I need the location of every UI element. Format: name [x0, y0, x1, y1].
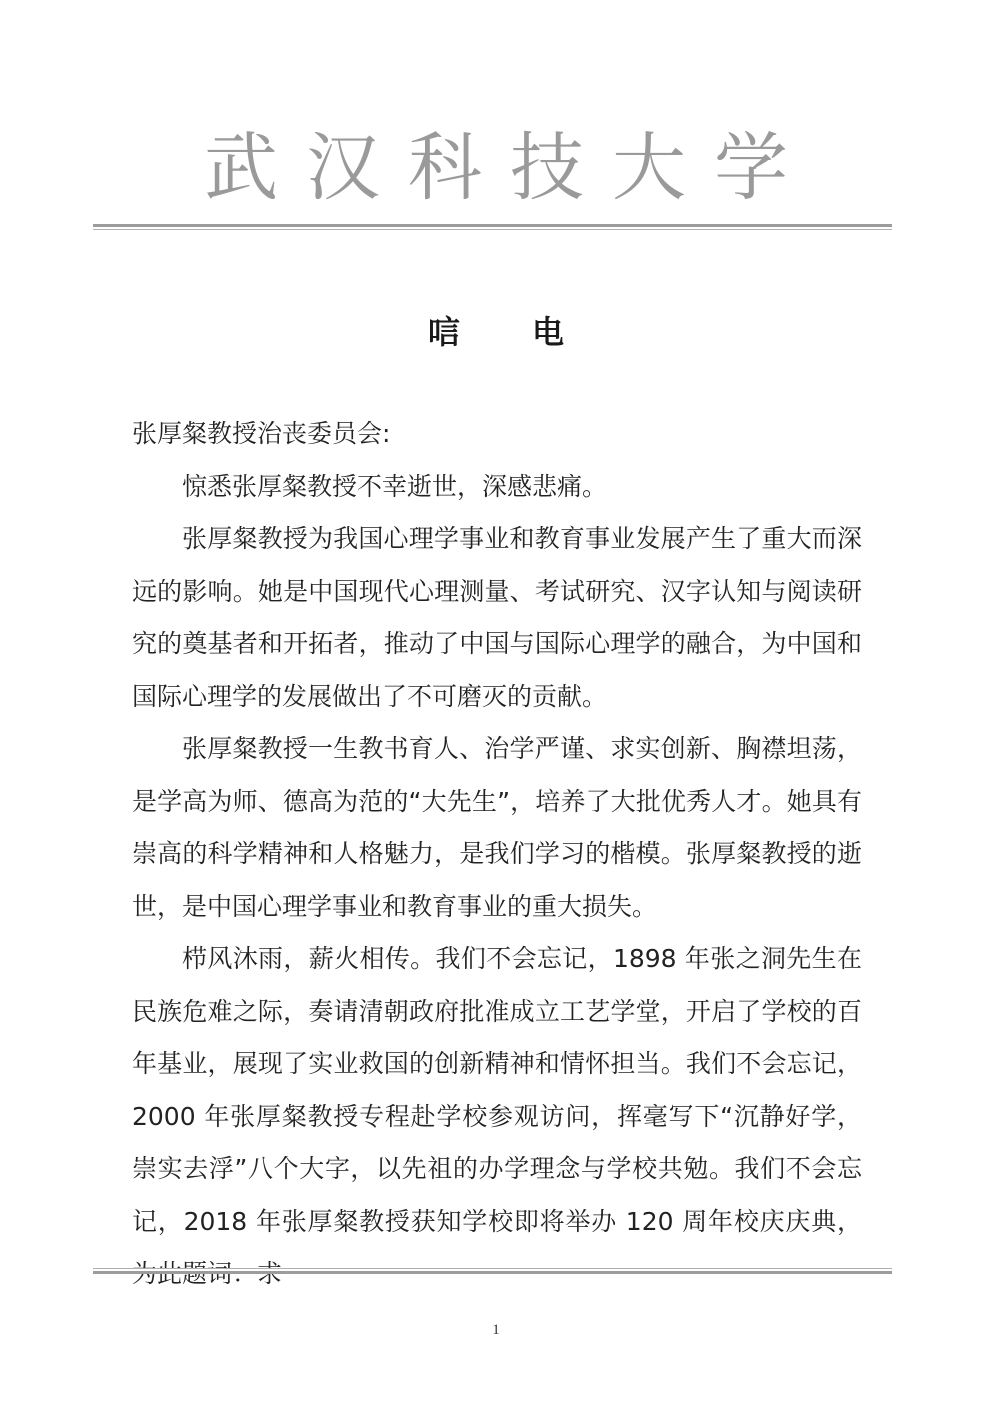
salutation: 张厚粲教授治丧委员会: [132, 408, 862, 461]
paragraph-condolence: 惊悉张厚粲教授不幸逝世，深感悲痛。 [132, 461, 862, 514]
letter-body: 张厚粲教授治丧委员会: 惊悉张厚粲教授不幸逝世，深感悲痛。 张厚粲教授为我国心理… [132, 408, 862, 1301]
letterhead-institution-name: 武汉科技大学 [0, 118, 992, 218]
footer-divider [93, 1268, 892, 1274]
letterhead-divider [93, 224, 892, 230]
divider-thick-line [93, 1271, 892, 1274]
page-number: 1 [0, 1322, 992, 1339]
document-title-char-2: 电 [532, 310, 564, 354]
paragraph-contributions: 张厚粲教授为我国心理学事业和教育事业发展产生了重大而深远的影响。她是中国现代心理… [132, 513, 862, 723]
divider-thin-line [93, 229, 892, 230]
paragraph-character: 张厚粲教授一生教书育人、治学严谨、求实创新、胸襟坦荡，是学高为师、德高为范的“大… [132, 723, 862, 933]
paragraph-history: 栉风沐雨，薪火相传。我们不会忘记，1898 年张之洞先生在民族危难之际，奏请清朝… [132, 933, 862, 1301]
document-title-char-1: 唁 [428, 310, 460, 354]
document-title: 唁电 [0, 310, 992, 354]
